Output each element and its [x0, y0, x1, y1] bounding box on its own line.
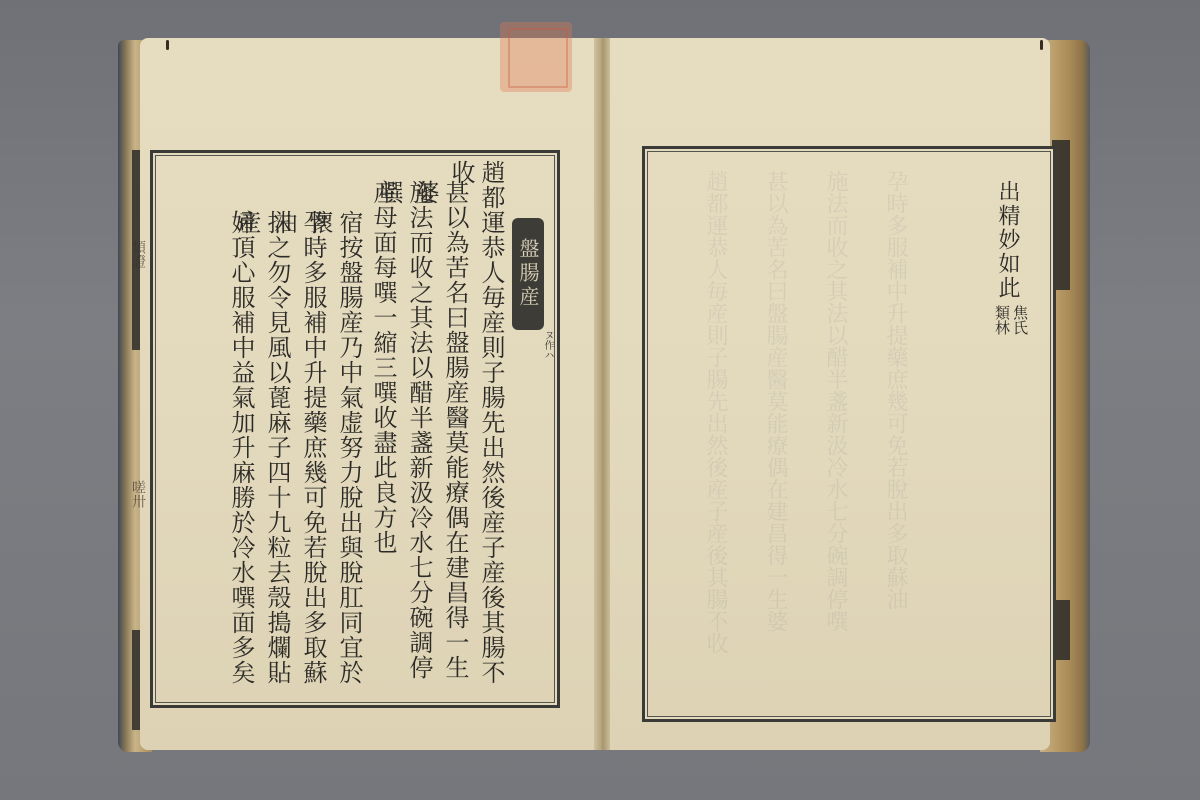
book-gutter: [594, 38, 610, 750]
kunten-note: ヌ作ハ: [540, 330, 555, 360]
page-tear-mark: [166, 40, 169, 50]
text-column: 施法而收之其法以醋半盞新汲冷水七分碗調停噀: [402, 150, 434, 690]
text-column: 産母面每噀一縮三噀收盡此良方也: [368, 150, 398, 690]
source-note-line: 類林: [994, 305, 1010, 335]
left-page-text: 趙都運恭人毎産則子腸先出然後産子産後其腸不收 甚以為苦名曰盤腸産醫莫能療偶在建昌…: [226, 150, 506, 690]
text-column: 趙都運恭人毎産則子腸先出然後産子産後其腸不收: [474, 150, 506, 690]
text-column: 宿按盤腸産乃中氣虚努力脫出與脫肛同宜於懷: [332, 150, 364, 690]
right-page-text: 出精妙如此: [992, 180, 1022, 300]
open-book: 趙都運恭人毎産則子腸先出然後産子産後其腸不收 甚以為苦名曰盤腸産醫莫能療偶在建昌…: [0, 0, 1200, 800]
fore-edge-folio: 嗟卅: [128, 480, 148, 508]
text-column: 甚以為苦名曰盤腸産醫莫能療偶在建昌得一生婆: [438, 150, 470, 690]
show-through-text: 甚以為苦名曰盤腸産醫莫能療偶在建昌得一生婆: [760, 170, 790, 632]
section-heading: 盤腸産: [512, 218, 544, 330]
show-through-text: 趙都運恭人毎産則子腸先出然後産子産後其腸不收: [700, 170, 730, 654]
show-through-text: 孕時多服補中升提藥庶幾可免若脫出多取蘇油: [880, 170, 910, 610]
red-seal-stamp: [500, 22, 572, 92]
fore-edge-title: 類證: [128, 240, 148, 268]
source-note-line: 焦氏: [1012, 305, 1028, 335]
show-through-text: 施法而收之其法以醋半盞新汲冷水七分碗調停噀: [820, 170, 850, 632]
page-tear-mark: [1040, 40, 1043, 50]
source-note: 焦氏 類林: [994, 305, 1028, 335]
